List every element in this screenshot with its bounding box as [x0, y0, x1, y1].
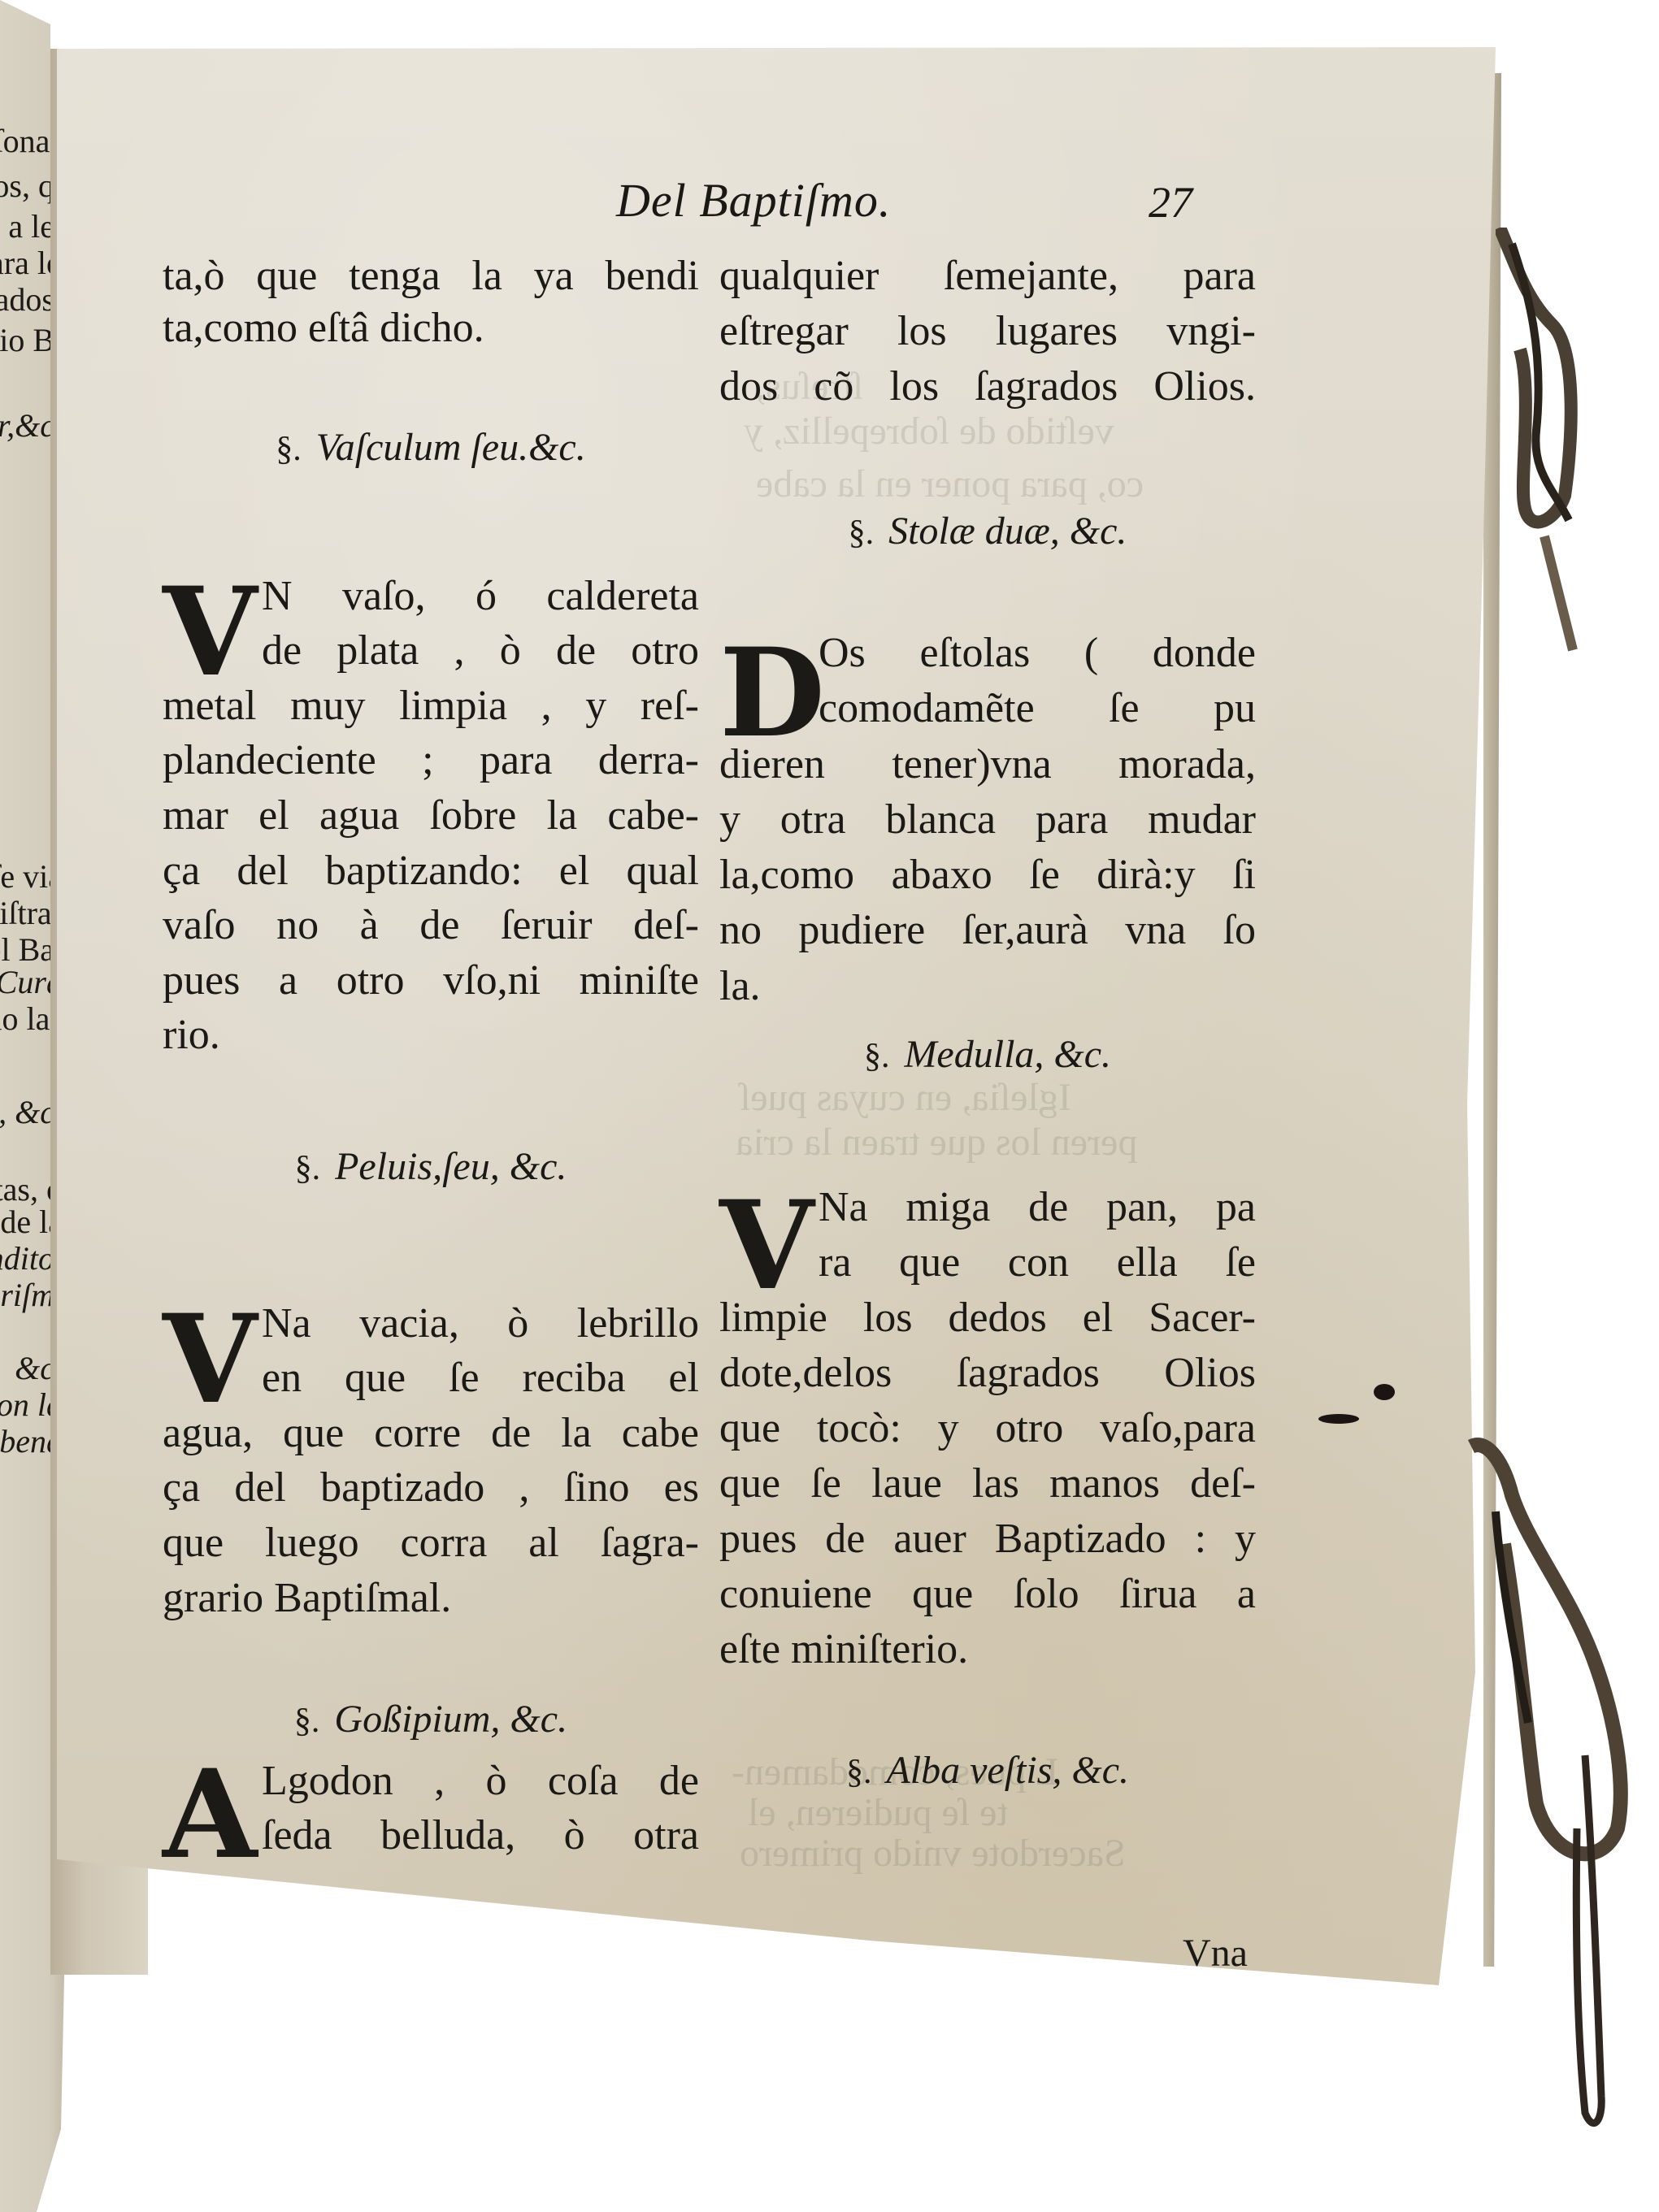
page-text-block: ſtreſus, veſtido de ſobrepelliz, y co, p…	[57, 47, 1496, 1985]
text-line: qualquier ſemejante, para	[719, 255, 1256, 297]
text-line: que luego corra al ſagra-	[163, 1522, 699, 1564]
section-heading-text: Vaſculum ſeu.&c.	[316, 426, 586, 469]
text-line: en que ſe reciba el	[163, 1357, 699, 1399]
text-line: y otra blanca para mudar	[719, 799, 1256, 841]
text-line: la.	[719, 965, 1256, 1008]
section-heading-text: Alba veſtis, &c.	[886, 1749, 1129, 1792]
text-line: metal muy limpia , y reſ-	[163, 685, 699, 727]
section-heading-stolae: §.Stolæ duæ, &c.	[719, 509, 1256, 553]
section-symbol-icon: §.	[864, 1038, 890, 1075]
text-line: que ſe laue las manos deſ-	[719, 1463, 1256, 1505]
text-line: grario Baptiſmal.	[163, 1577, 699, 1620]
section-heading-text: Peluis,ſeu, &c.	[335, 1145, 567, 1188]
upper-fabric-tie	[1496, 228, 1642, 1203]
section-heading-peluis: §.Peluis,ſeu, &c.	[163, 1144, 699, 1189]
section-symbol-icon: §.	[294, 1702, 320, 1740]
text-line: Lgodon , ò coſa de	[163, 1760, 699, 1802]
catchword: Vna	[1183, 1931, 1248, 1976]
show-through-text: te ſe pudieren, el	[748, 1790, 1008, 1835]
show-through-text: peren los que traen la cria	[736, 1120, 1137, 1165]
text-line: ta,como eſtâ dicho.	[163, 307, 699, 349]
lower-fabric-tie	[1455, 1300, 1650, 2162]
show-through-text: veſtido de ſobrepelliz, y	[744, 409, 1114, 453]
text-line: pues de auer Baptizado : y	[719, 1518, 1256, 1560]
text-line: Os eſtolas ( donde	[719, 632, 1256, 674]
section-heading-vasculum: §.Vaſculum ſeu.&c.	[163, 425, 699, 470]
text-line: no pudiere ſer,aurà vna ſo	[719, 909, 1256, 952]
text-line: mar el agua ſobre la cabe-	[163, 795, 699, 837]
show-through-text: co, para poner en la cabe	[756, 462, 1144, 506]
text-line: dieren tener)vna morada,	[719, 744, 1256, 786]
running-head: Del Baptiſmo.	[616, 173, 891, 228]
text-line: rio.	[163, 1014, 699, 1056]
text-line: que tocò: y otro vaſo,para	[719, 1407, 1256, 1450]
section-heading-text: Goßipium, &c.	[334, 1698, 567, 1741]
text-line: ça del baptizando: el qual	[163, 850, 699, 892]
text-line: eſtregar los lugares vngi-	[719, 310, 1256, 353]
wormhole-mark	[1318, 1414, 1359, 1424]
text-line: Na vacia, ò lebrillo	[163, 1303, 699, 1345]
section-symbol-icon: §.	[846, 1754, 872, 1791]
text-line: la,como abaxo ſe dirà:y ſi	[719, 854, 1256, 896]
text-line: comodamẽte ſe pu	[719, 687, 1256, 730]
section-heading-medulla: §.Medulla, &c.	[719, 1032, 1256, 1077]
section-heading-gossipium: §.Goßipium, &c.	[163, 1697, 699, 1741]
text-line: agua, que corre de la cabe	[163, 1412, 699, 1455]
show-through-text: Sacerdote vnido primero	[740, 1831, 1126, 1876]
section-heading-alba-vestis: §.Alba veſtis, &c.	[719, 1748, 1256, 1793]
text-line: dote,delos ſagrados Olios	[719, 1352, 1256, 1394]
text-line: dos cõ los ſagrados Olios.	[719, 366, 1256, 408]
recto-page: ſtreſus, veſtido de ſobrepelliz, y co, p…	[57, 47, 1496, 1985]
page-number: 27	[1149, 177, 1192, 228]
text-line: N vaſo, ó caldereta	[163, 575, 699, 618]
text-line: eſte miniſterio.	[719, 1629, 1256, 1671]
section-heading-text: Medulla, &c.	[904, 1033, 1111, 1076]
section-symbol-icon: §.	[276, 431, 302, 468]
text-line: de plata , ò de otro	[163, 630, 699, 672]
section-symbol-icon: §.	[849, 514, 875, 552]
text-line: plandeciente ; para derra-	[163, 740, 699, 782]
section-heading-text: Stolæ duæ, &c.	[888, 510, 1127, 553]
text-line: Na miga de pan, pa	[719, 1186, 1256, 1229]
text-line: ſeda belluda, ò otra	[163, 1815, 699, 1857]
text-line: ra que con ella ſe	[719, 1242, 1256, 1284]
text-line: ta,ò que tenga la ya bendi	[163, 255, 699, 297]
text-line: conuiene que ſolo ſirua a	[719, 1573, 1256, 1616]
show-through-text: Igleſia, en cuyas pueſ	[740, 1075, 1071, 1120]
wormhole-mark	[1374, 1384, 1395, 1400]
text-line: pues a otro vſo,ni miniſte	[163, 960, 699, 1002]
section-symbol-icon: §.	[295, 1150, 321, 1187]
text-line: limpie los dedos el Sacer-	[719, 1297, 1256, 1339]
text-line: vaſo no à de ſeruir deſ-	[163, 904, 699, 947]
text-line: ça del baptizado , ſino es	[163, 1467, 699, 1509]
